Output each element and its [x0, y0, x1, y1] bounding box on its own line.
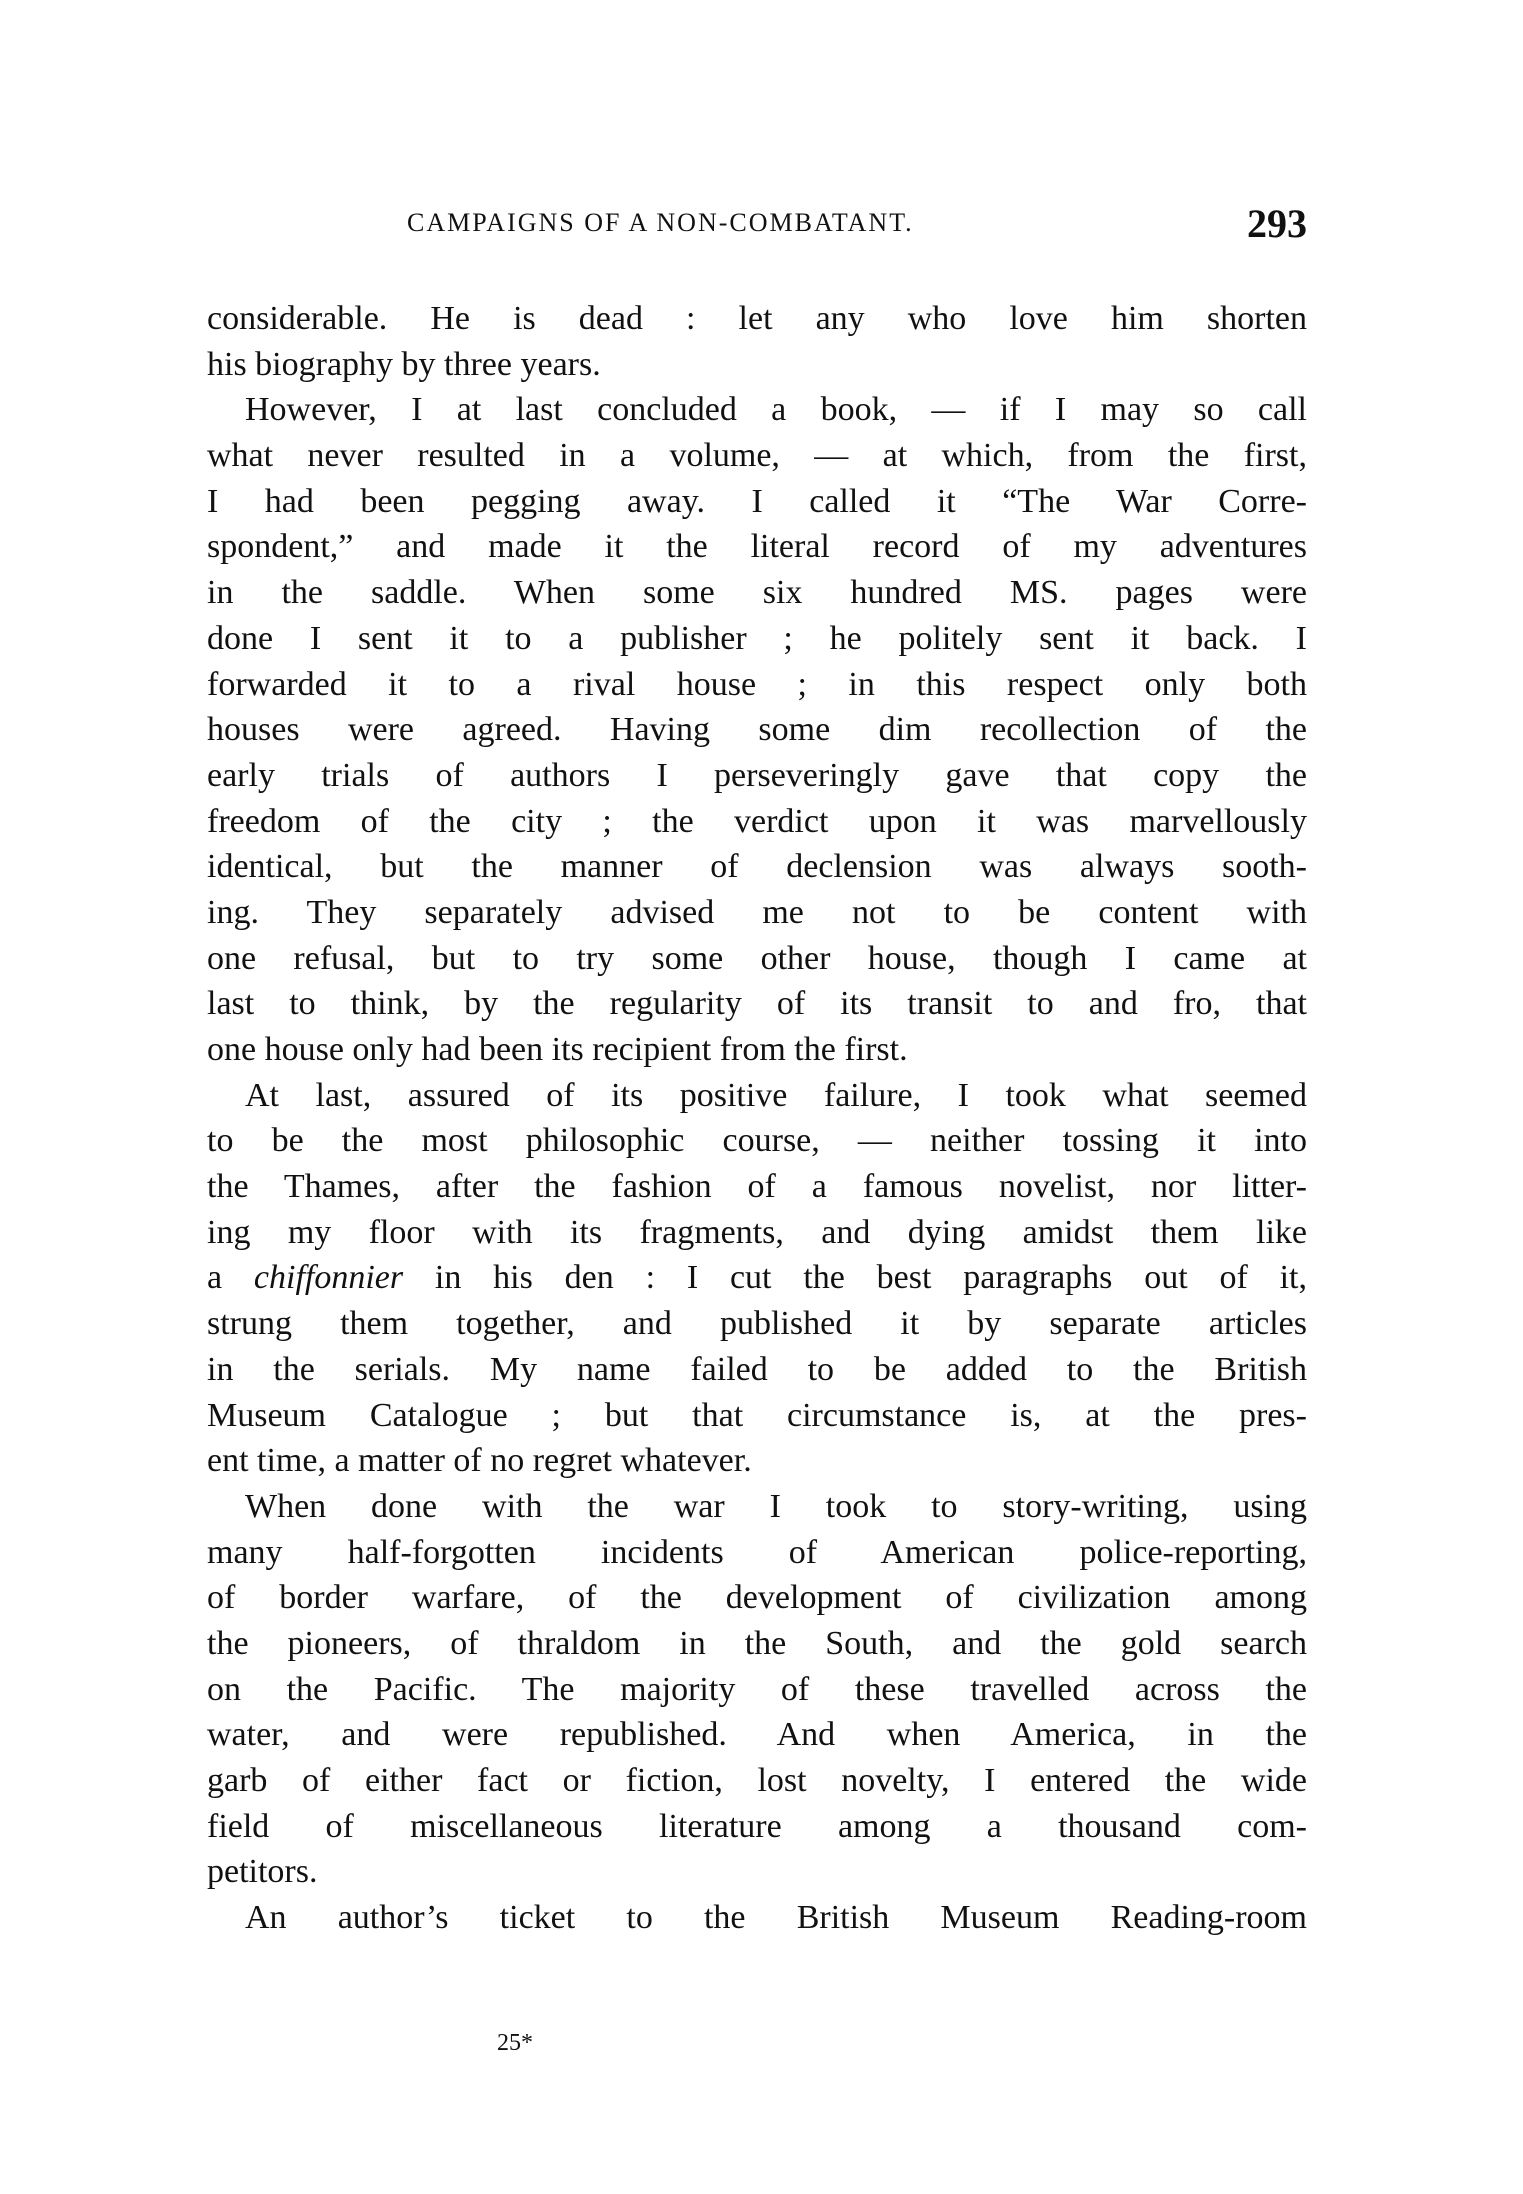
text-line: spondent,” and made it the literal recor… [207, 524, 1307, 570]
text-line: the pioneers, of thraldom in the South, … [207, 1621, 1307, 1667]
text-line: ing my floor with its fragments, and dyi… [207, 1210, 1307, 1256]
running-title: CAMPAIGNS OF A NON-COMBATANT. [407, 208, 914, 238]
text-line: identical, but the manner of declension … [207, 844, 1307, 890]
text-line: early trials of authors I perseveringly … [207, 753, 1307, 799]
text-line: water, and were republished. And when Am… [207, 1712, 1307, 1758]
text-line: many half-forgotten incidents of America… [207, 1530, 1307, 1576]
text-line: petitors. [207, 1849, 1307, 1895]
text-line: of border warfare, of the development of… [207, 1575, 1307, 1621]
text-line: done I sent it to a publisher ; he polit… [207, 616, 1307, 662]
text-line: I had been pegging away. I called it “Th… [207, 479, 1307, 525]
text-line: ent time, a matter of no regret whatever… [207, 1438, 1307, 1484]
running-head: CAMPAIGNS OF A NON-COMBATANT. 293 [207, 200, 1307, 246]
text-line: considerable. He is dead : let any who l… [207, 296, 1307, 342]
text-line: ing. They separately advised me not to b… [207, 890, 1307, 936]
text-line: garb of either fact or fiction, lost nov… [207, 1758, 1307, 1804]
text-line: An author’s ticket to the British Museum… [207, 1895, 1307, 1941]
text-line: However, I at last concluded a book, — i… [207, 387, 1307, 433]
text-line: one house only had been its recipient fr… [207, 1027, 1307, 1073]
text-line: one refusal, but to try some other house… [207, 936, 1307, 982]
text-span: in his den : I cut the best paragraphs o… [403, 1259, 1307, 1296]
text-span: a [207, 1259, 254, 1296]
text-line: the Thames, after the fashion of a famou… [207, 1164, 1307, 1210]
text-line: houses were agreed. Having some dim reco… [207, 707, 1307, 753]
body-text: considerable. He is dead : let any who l… [207, 296, 1307, 1941]
italic-word: chiffonnier [254, 1259, 403, 1296]
text-line: strung them together, and published it b… [207, 1301, 1307, 1347]
text-line: Museum Catalogue ; but that circumstance… [207, 1393, 1307, 1439]
text-line: field of miscellaneous literature among … [207, 1804, 1307, 1850]
text-line: last to think, by the regularity of its … [207, 981, 1307, 1027]
text-line: to be the most philosophic course, — nei… [207, 1118, 1307, 1164]
text-line: a chiffonnier in his den : I cut the bes… [207, 1255, 1307, 1301]
text-line: what never resulted in a volume, — at wh… [207, 433, 1307, 479]
text-line: At last, assured of its positive failure… [207, 1073, 1307, 1119]
text-line: on the Pacific. The majority of these tr… [207, 1667, 1307, 1713]
text-line: his biography by three years. [207, 342, 1307, 388]
text-line: When done with the war I took to story-w… [207, 1484, 1307, 1530]
text-line: forwarded it to a rival house ; in this … [207, 662, 1307, 708]
page-number: 293 [1247, 200, 1307, 247]
text-line: in the saddle. When some six hundred MS.… [207, 570, 1307, 616]
text-line: in the serials. My name failed to be add… [207, 1347, 1307, 1393]
signature-mark: 25* [497, 2030, 533, 2057]
text-line: freedom of the city ; the verdict upon i… [207, 799, 1307, 845]
